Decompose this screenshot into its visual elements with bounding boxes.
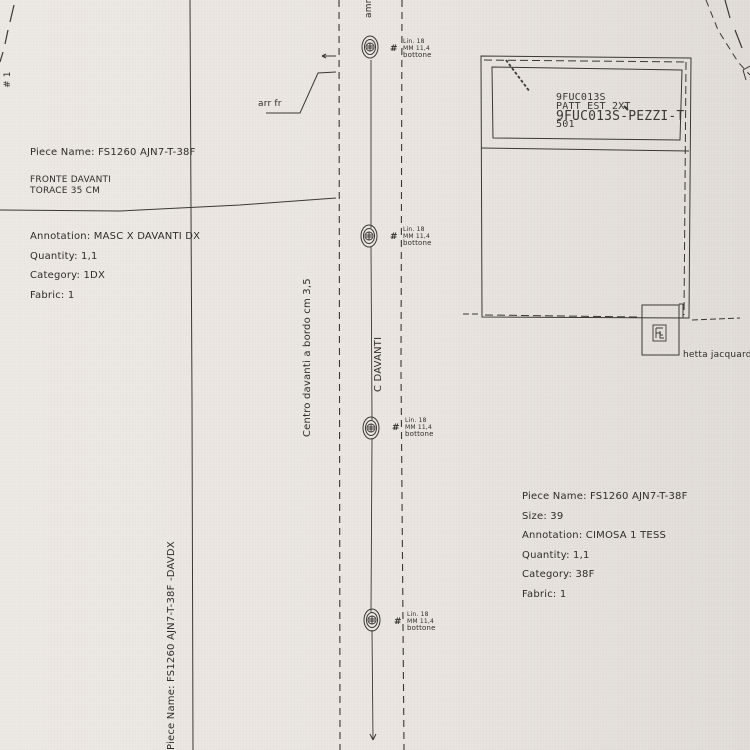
vertical-piece-name: Piece Name: FS1260 AJN7-T-38F -DAVDX [166,541,177,750]
centro-davanti-label: Centro davanti a bordo cm 3,5 [302,278,313,437]
size: Size: 39 [522,511,688,531]
arr-fr-label: arr fr [258,99,282,109]
torace: TORACE 35 CM [30,186,100,196]
c-davanti-label: C DAVANTI [373,337,384,392]
piece-info-right: Piece Name: FS1260 AJN7-T-38F Size: 39 A… [522,491,688,608]
fabric: Fabric: 1 [30,290,200,310]
quantity: Quantity: 1,1 [30,251,200,271]
fronte-davanti: FRONTE DAVANTI [30,175,111,185]
piece-name: Piece Name: FS1260 AJN7-T-38F [522,491,688,511]
category: Category: 38F [522,569,688,589]
fabric: Fabric: 1 [522,589,688,609]
placket-top-label: amm [364,0,374,18]
piece-name-top: Piece Name: FS1260 AJN7-T-38F [30,147,196,158]
button-icons [361,36,380,631]
pocket-codes: 9FUC013S PATT EST 2XT 9FUC013S-PEZZI-T 5… [556,93,684,129]
quantity: Quantity: 1,1 [522,550,688,570]
annotation-block-left: Annotation: MASC X DAVANTI DX Quantity: … [30,231,200,309]
annotation: Annotation: MASC X DAVANTI DX [30,231,200,251]
category: Category: 1DX [30,270,200,290]
ff-logo-icon [653,325,666,341]
marker-number: # 1 [3,71,13,88]
label-tag-text: hetta jacquard [683,350,750,360]
annotation: Annotation: CIMOSA 1 TESS [522,530,688,550]
